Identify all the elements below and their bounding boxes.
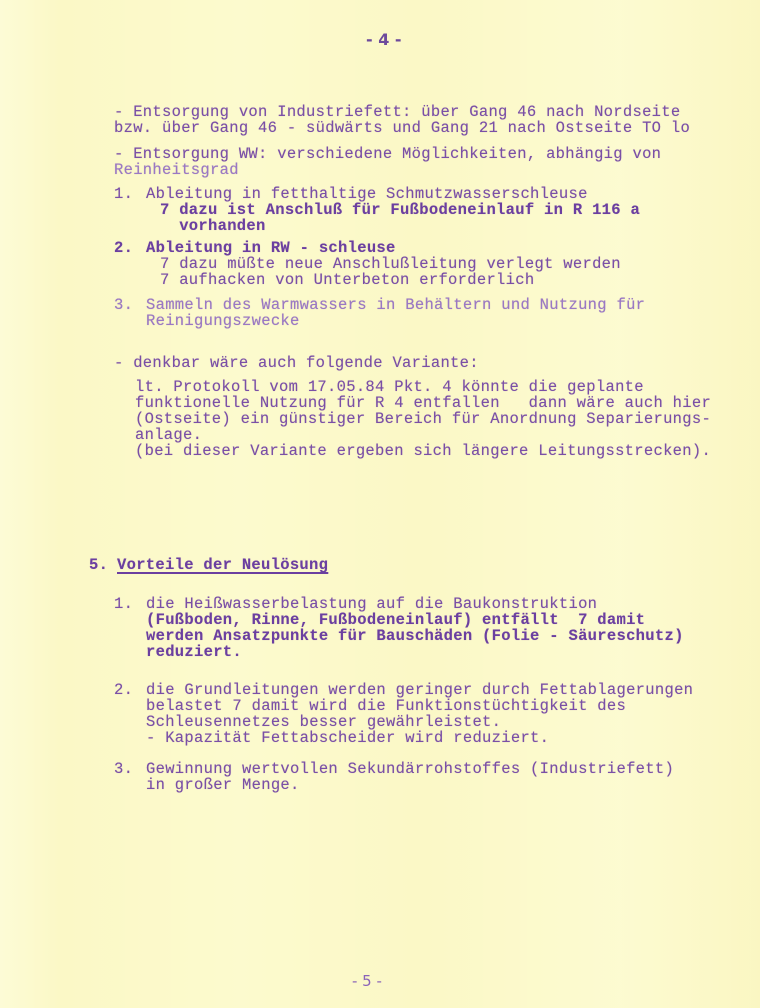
option-2-title: Ableitung in RW - schleuse xyxy=(146,240,396,256)
advantage-2-line-3: Schleusennetzes besser gewährleistet. xyxy=(146,714,501,730)
advantage-2-line-2: belastet 7 damit wird die Funktionstücht… xyxy=(146,698,626,714)
option-1-note-1: 7 dazu ist Anschluß für Fußbodeneinlauf … xyxy=(160,202,640,218)
option-3-title: Sammeln des Warmwassers in Behältern und… xyxy=(146,297,645,313)
disposal-industrial-fat-line-2: bzw. über Gang 46 - südwärts und Gang 21… xyxy=(114,120,690,136)
option-1-number: 1. xyxy=(114,186,133,202)
option-3-number: 3. xyxy=(114,297,133,313)
advantage-1-line-2: (Fußboden, Rinne, Fußbodeneinlauf) entfä… xyxy=(146,612,645,628)
advantage-1-line-4: reduziert. xyxy=(146,644,242,660)
option-1-note-2: vorhanden xyxy=(160,218,266,234)
variant-line-4: anlage. xyxy=(135,427,202,443)
disposal-ww-line-1: - Entsorgung WW: verschiedene Möglichkei… xyxy=(114,146,661,162)
advantage-2-line-1: die Grundleitungen werden geringer durch… xyxy=(146,682,693,698)
disposal-industrial-fat-line-1: - Entsorgung von Industriefett: über Gan… xyxy=(114,104,681,120)
section-5-heading: Vorteile der Neulösung xyxy=(117,557,328,573)
advantage-3-line-2: in großer Menge. xyxy=(146,777,300,793)
advantage-2-line-4: - Kapazität Fettabscheider wird reduzier… xyxy=(146,730,549,746)
advantage-1-number: 1. xyxy=(114,596,133,612)
advantage-2-number: 2. xyxy=(114,682,133,698)
page-number-top: - 4 - xyxy=(366,30,402,49)
disposal-ww-line-2: Reinheitsgrad xyxy=(114,162,239,178)
advantage-1-line-3: werden Ansatzpunkte für Bauschäden (Foli… xyxy=(146,628,684,644)
option-2-note-1: 7 dazu müßte neue Anschlußleitung verleg… xyxy=(160,256,621,272)
document-page: - 4 - - Entsorgung von Industriefett: üb… xyxy=(0,0,760,1008)
variant-line-5: (bei dieser Variante ergeben sich länger… xyxy=(135,443,711,459)
variant-intro: - denkbar wäre auch folgende Variante: xyxy=(114,355,479,371)
advantage-3-number: 3. xyxy=(114,761,133,777)
section-5-number: 5. xyxy=(89,557,108,573)
advantage-1-line-1: die Heißwasserbelastung auf die Baukonst… xyxy=(146,596,597,612)
option-3-note-1: Reinigungszwecke xyxy=(146,313,300,329)
page-number-bottom: - 5 - xyxy=(352,972,382,990)
variant-line-3: (Ostseite) ein günstiger Bereich für Ano… xyxy=(135,411,711,427)
option-2-note-2: 7 aufhacken von Unterbeton erforderlich xyxy=(160,272,534,288)
advantage-3-line-1: Gewinnung wertvollen Sekundärrohstoffes … xyxy=(146,761,674,777)
option-2-number: 2. xyxy=(114,240,133,256)
variant-line-1: lt. Protokoll vom 17.05.84 Pkt. 4 könnte… xyxy=(135,379,644,395)
option-1-title: Ableitung in fetthaltige Schmutzwassersc… xyxy=(146,186,588,202)
variant-line-2: funktionelle Nutzung für R 4 entfallen d… xyxy=(135,395,711,411)
